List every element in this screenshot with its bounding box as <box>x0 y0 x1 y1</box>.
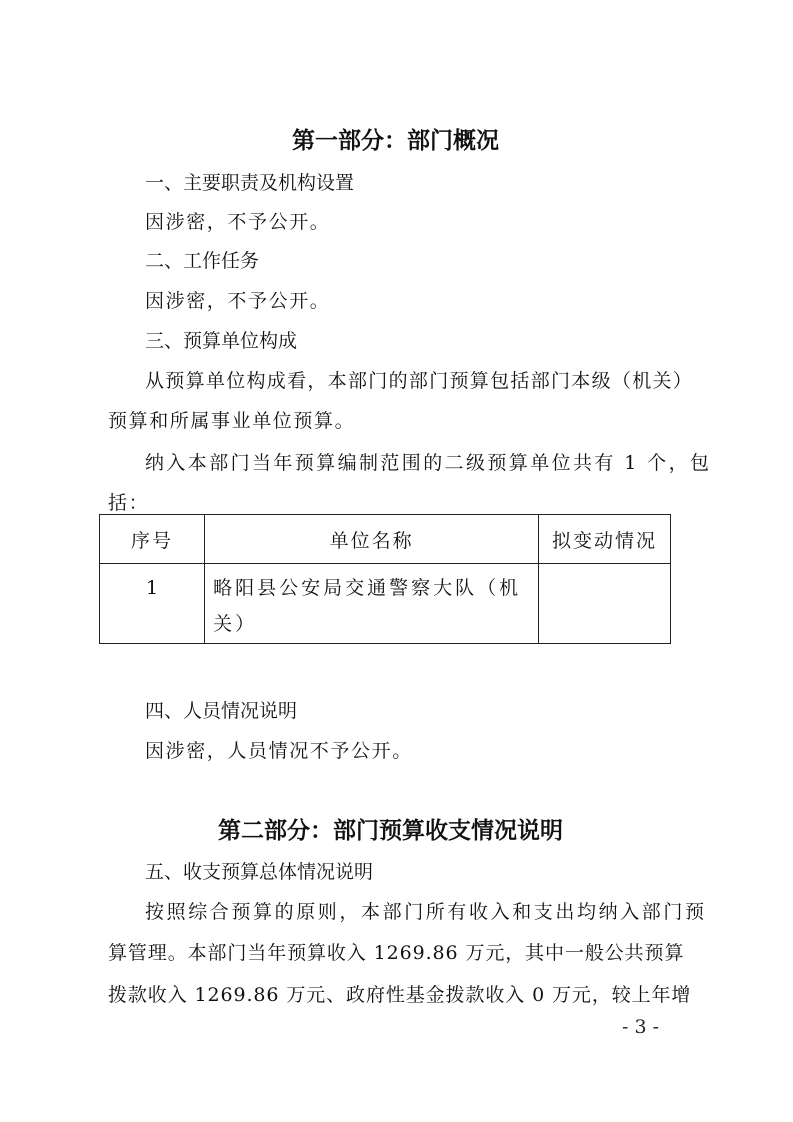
section3-para2-line2: 括： <box>108 488 149 515</box>
section3-heading: 三、预算单位构成 <box>145 326 297 353</box>
section5-heading: 五、收支预算总体情况说明 <box>145 857 373 884</box>
section3-para2-line1: 纳入本部门当年预算编制范围的二级预算单位共有 1 个，包 <box>145 448 711 475</box>
part2-title: 第二部分：部门预算收支情况说明 <box>218 812 563 845</box>
header-unit-name: 单位名称 <box>205 515 539 564</box>
row-unit-name: 略阳县公安局交通警察大队（机关） <box>205 564 539 644</box>
section4-body: 因涉密，人员情况不予公开。 <box>145 736 413 763</box>
page-number: - 3 - <box>622 1016 659 1038</box>
budget-units-table: 序号 单位名称 拟变动情况 1 略阳县公安局交通警察大队（机关） <box>99 514 671 644</box>
section5-line2: 算管理。本部门当年预算收入 1269.86 万元，其中一般公共预算 <box>108 938 684 965</box>
section1-heading: 一、主要职责及机构设置 <box>145 168 354 195</box>
section2-body: 因涉密，不予公开。 <box>145 286 330 313</box>
section5-line3: 拨款收入 1269.86 万元、政府性基金拨款收入 0 万元，较上年增 <box>108 980 691 1007</box>
section1-body: 因涉密，不予公开。 <box>145 207 330 234</box>
header-change: 拟变动情况 <box>539 515 671 564</box>
section4-heading: 四、人员情况说明 <box>145 696 297 723</box>
table-row: 1 略阳县公安局交通警察大队（机关） <box>100 564 671 644</box>
table-header-row: 序号 单位名称 拟变动情况 <box>100 515 671 564</box>
section2-heading: 二、工作任务 <box>145 246 259 273</box>
section3-para1-line1: 从预算单位构成看，本部门的部门预算包括部门本级（机关） <box>145 366 693 393</box>
section3-para1-line2: 预算和所属事业单位预算。 <box>108 406 355 433</box>
row-index: 1 <box>100 564 205 644</box>
section5-line1: 按照综合预算的原则，本部门所有收入和支出均纳入部门预 <box>145 897 707 924</box>
row-change <box>539 564 671 644</box>
header-index: 序号 <box>100 515 205 564</box>
part1-title: 第一部分：部门概况 <box>292 122 499 155</box>
